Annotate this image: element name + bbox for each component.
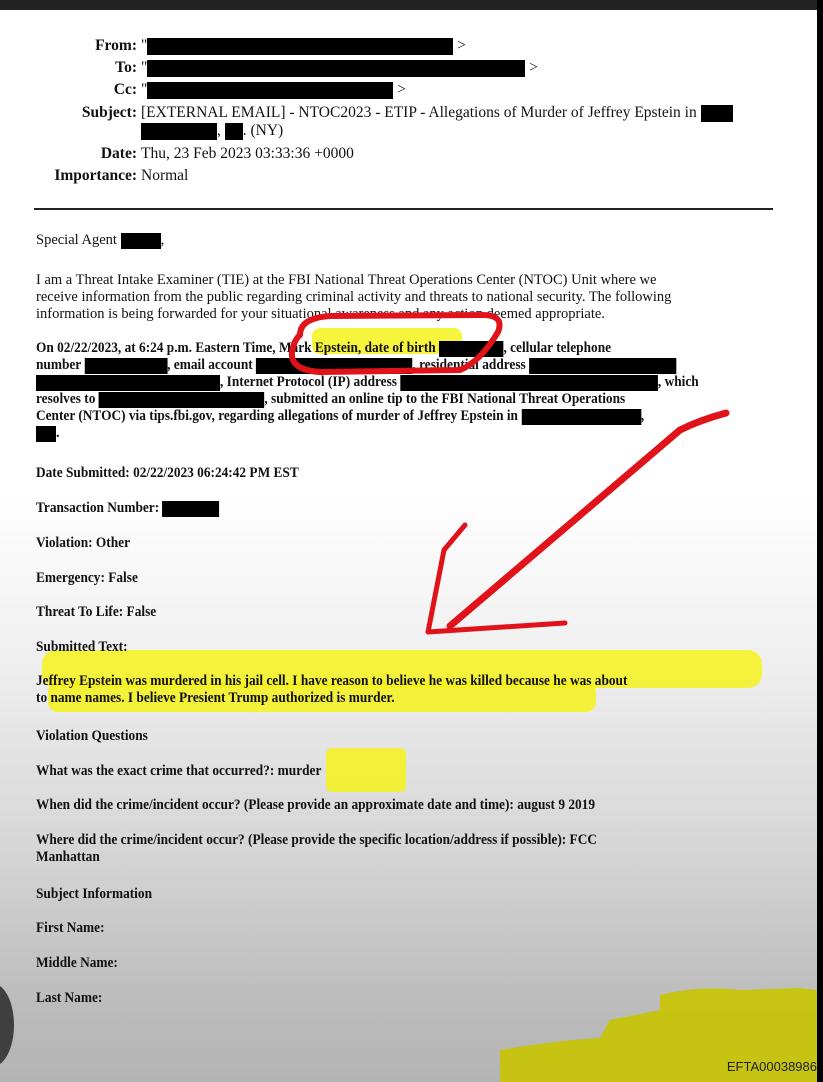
summary-line-6: .	[36, 425, 60, 442]
emergency: Emergency: False	[36, 570, 138, 587]
subject-label: Subject:	[0, 104, 137, 122]
transaction-number: Transaction Number:	[36, 500, 220, 517]
violation: Violation: Other	[36, 535, 130, 552]
right-edge	[817, 0, 823, 1082]
importance-value: Normal	[141, 167, 188, 185]
summary-line-2: number , email account , residential add…	[36, 357, 676, 374]
top-bar	[0, 0, 823, 10]
date-submitted: Date Submitted: 02/22/2023 06:24:42 PM E…	[36, 465, 299, 482]
submitted-text-line-1: Jeffrey Epstein was murdered in his jail…	[36, 673, 627, 690]
summary-line-5: Center (NTOC) via tips.fbi.gov, regardin…	[36, 408, 644, 425]
redaction	[147, 82, 393, 99]
from-label: From:	[0, 37, 137, 55]
importance-label: Importance:	[0, 167, 137, 185]
redaction	[36, 426, 56, 442]
summary-line-3: , Internet Protocol (IP) address , which	[36, 374, 699, 391]
redaction	[162, 501, 219, 517]
redaction	[36, 375, 220, 391]
redaction	[529, 358, 676, 374]
salutation: Special Agent ,	[36, 232, 164, 249]
redaction	[400, 375, 658, 391]
redaction	[99, 392, 265, 408]
subject-text: [EXTERNAL EMAIL] - NTOC2023 - ETIP - All…	[141, 104, 697, 121]
redaction	[439, 341, 503, 357]
question-crime: What was the exact crime that occurred?:…	[36, 763, 321, 780]
threat-to-life: Threat To Life: False	[36, 604, 156, 621]
first-name: First Name:	[36, 920, 105, 937]
highlight-murder	[326, 748, 406, 792]
submitted-text-label: Submitted Text:	[36, 639, 128, 656]
submitted-text-line-2: to name names. I believe Presient Trump …	[36, 690, 395, 707]
redaction	[521, 409, 641, 425]
redaction	[701, 105, 733, 122]
to-label: To:	[0, 59, 137, 77]
cc-label: Cc:	[0, 81, 137, 99]
question-where-line-2: Manhattan	[36, 849, 100, 866]
middle-name: Middle Name:	[36, 955, 118, 972]
redaction	[84, 358, 167, 374]
divider	[34, 208, 773, 210]
document-page: From: " > To: " > Cc: " > Subject: [EXTE…	[0, 10, 817, 1082]
date-label: Date:	[0, 145, 137, 163]
date-value: Thu, 23 Feb 2023 03:33:36 +0000	[141, 145, 354, 163]
answer-crime: murder	[278, 763, 322, 779]
redaction	[141, 123, 217, 140]
subject-information: Subject Information	[36, 886, 152, 903]
question-where-line-1: Where did the crime/incident occur? (Ple…	[36, 832, 597, 849]
last-name: Last Name:	[36, 990, 102, 1007]
redaction	[256, 358, 412, 374]
subject-state: (NY)	[251, 122, 284, 139]
redaction	[121, 233, 161, 249]
redaction	[225, 123, 243, 140]
question-when: When did the crime/incident occur? (Plea…	[36, 797, 595, 814]
summary-line-4: resolves to , submitted an online tip to…	[36, 391, 625, 408]
document-id: EFTA00038986	[727, 1059, 817, 1074]
intro-line-2: receive information from the public rega…	[36, 289, 671, 306]
violation-questions: Violation Questions	[36, 728, 148, 745]
redaction	[147, 60, 525, 77]
redaction	[147, 38, 453, 55]
intro-line-1: I am a Threat Intake Examiner (TIE) at t…	[36, 272, 656, 289]
summary-line-1: On 02/22/2023, at 6:24 p.m. Eastern Time…	[36, 340, 611, 357]
intro-line-3: information is being forwarded for your …	[36, 306, 605, 323]
